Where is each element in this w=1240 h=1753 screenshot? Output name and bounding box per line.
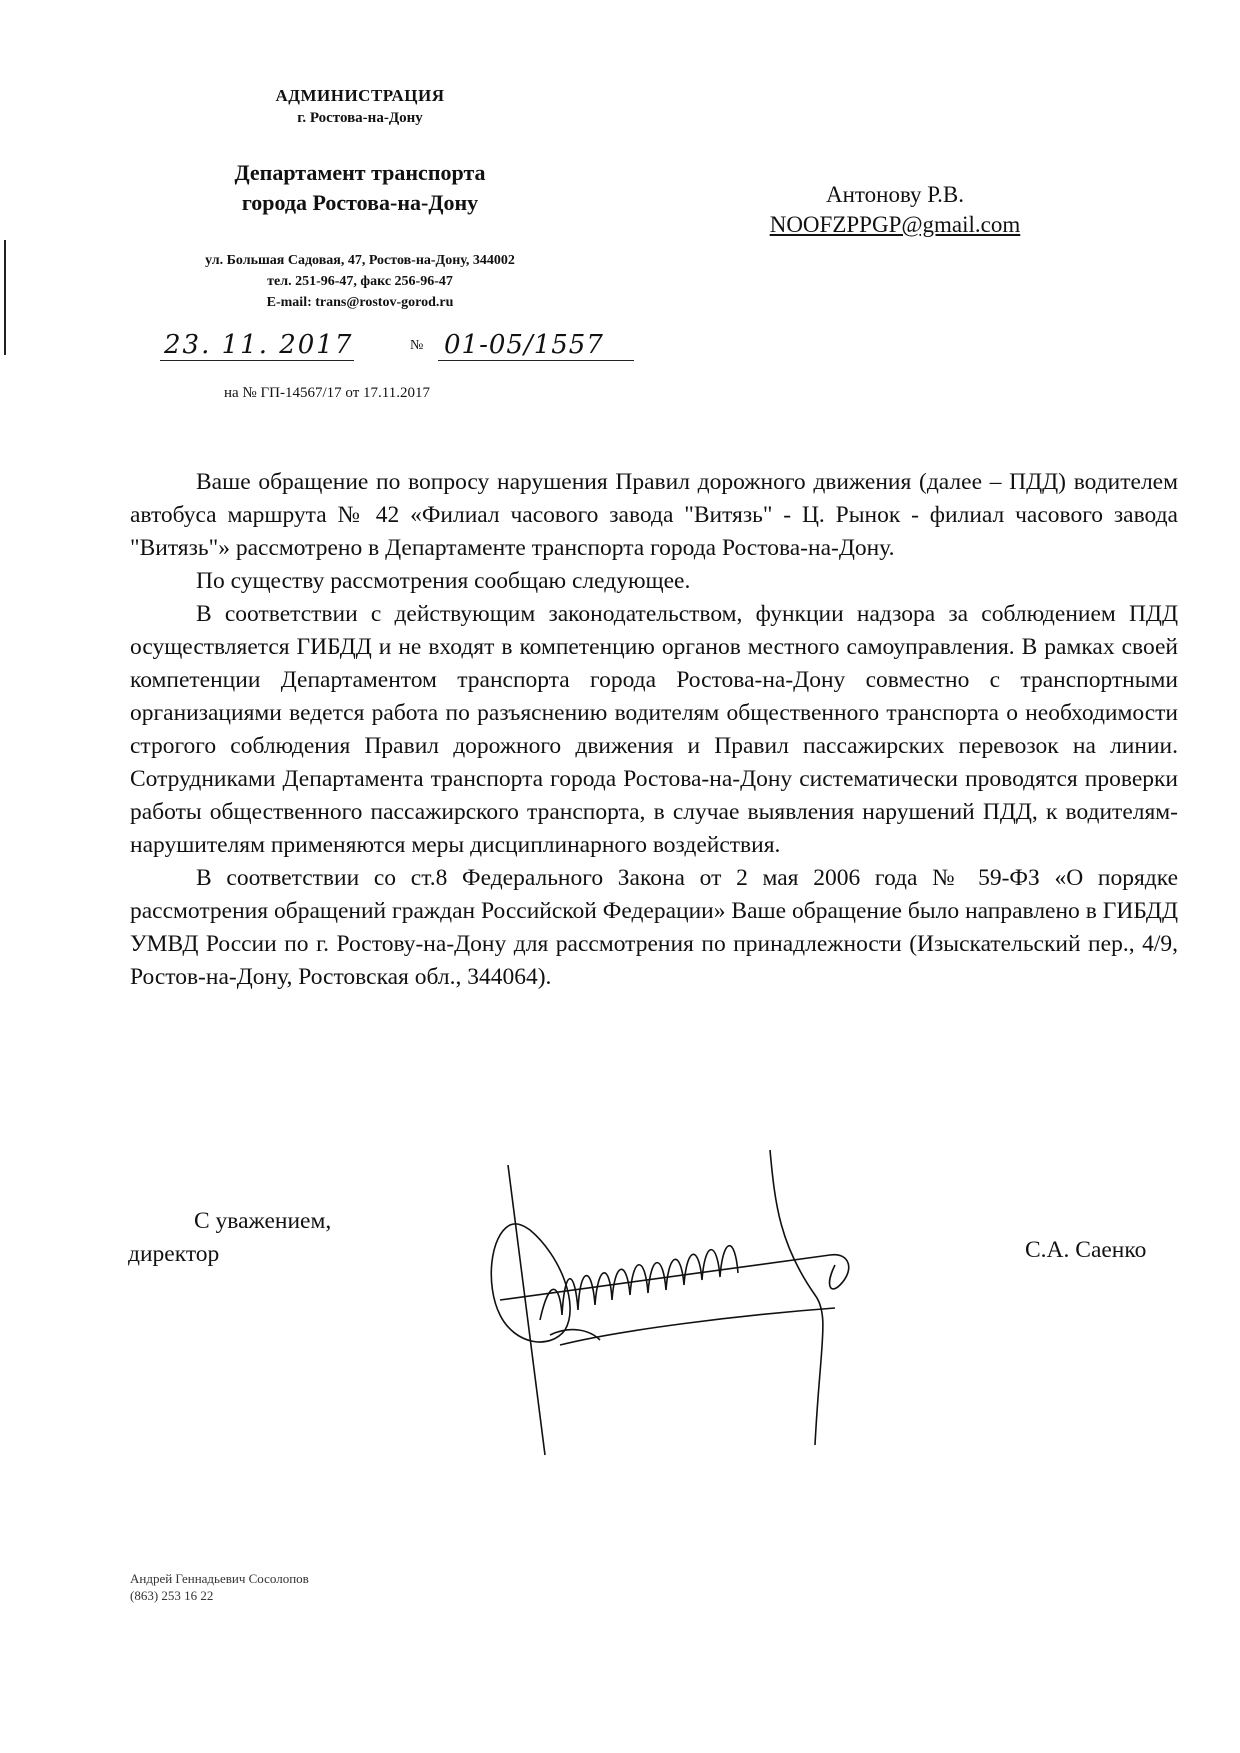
sender-department: Департамент транспорта города Ростова-на… <box>150 158 570 218</box>
department-line-2: города Ростова-на-Дону <box>150 188 570 218</box>
letter-body: Ваше обращение по вопросу нарушения Прав… <box>130 466 1178 994</box>
reply-reference: на № ГП-14567/17 от 17.11.2017 <box>224 385 430 402</box>
scan-margin-mark <box>4 240 6 355</box>
body-paragraph: Ваше обращение по вопросу нарушения Прав… <box>130 466 1178 565</box>
department-line-1: Департамент транспорта <box>150 158 570 188</box>
sender-city: г. Ростова-на-Дону <box>150 110 570 127</box>
sender-phone-fax: тел. 251-96-47, факс 256-96-47 <box>150 271 570 292</box>
closing-block: С уважением, директор <box>128 1205 331 1271</box>
recipient-email[interactable]: NOOFZPPGP@gmail.com <box>700 210 1090 240</box>
recipient-block: Антонову Р.В. NOOFZPPGP@gmail.com <box>700 180 1090 240</box>
executor-name: Андрей Геннадьевич Сосолопов <box>130 1570 309 1587</box>
registration-line: 23. 11. 2017 № 01-05/1557 <box>160 330 630 370</box>
registration-date: 23. 11. 2017 <box>160 330 354 361</box>
executor-phone: (863) 253 16 22 <box>130 1587 309 1604</box>
sender-email: E-mail: trans@rostov-gorod.ru <box>150 292 570 313</box>
signer-name: С.А. Саенко <box>1025 1237 1146 1264</box>
registration-number-label: № <box>410 338 423 354</box>
sender-address: ул. Большая Садовая, 47, Ростов-на-Дону,… <box>150 250 570 271</box>
closing-regards: С уважением, <box>128 1205 331 1238</box>
executor-block: Андрей Геннадьевич Сосолопов (863) 253 1… <box>130 1570 309 1604</box>
signature-icon <box>470 1145 900 1475</box>
body-paragraph: В соответствии со ст.8 Федерального Зако… <box>130 862 1178 994</box>
body-paragraph: По существу рассмотрения сообщаю следующ… <box>130 565 1178 598</box>
sender-administration: АДМИНИСТРАЦИЯ <box>150 86 570 106</box>
recipient-name: Антонову Р.В. <box>700 180 1090 210</box>
body-paragraph: В соответствии с действующим законодател… <box>130 598 1178 862</box>
closing-position: директор <box>128 1238 331 1271</box>
sender-contacts: ул. Большая Садовая, 47, Ростов-на-Дону,… <box>150 250 570 313</box>
registration-number: 01-05/1557 <box>438 330 634 361</box>
